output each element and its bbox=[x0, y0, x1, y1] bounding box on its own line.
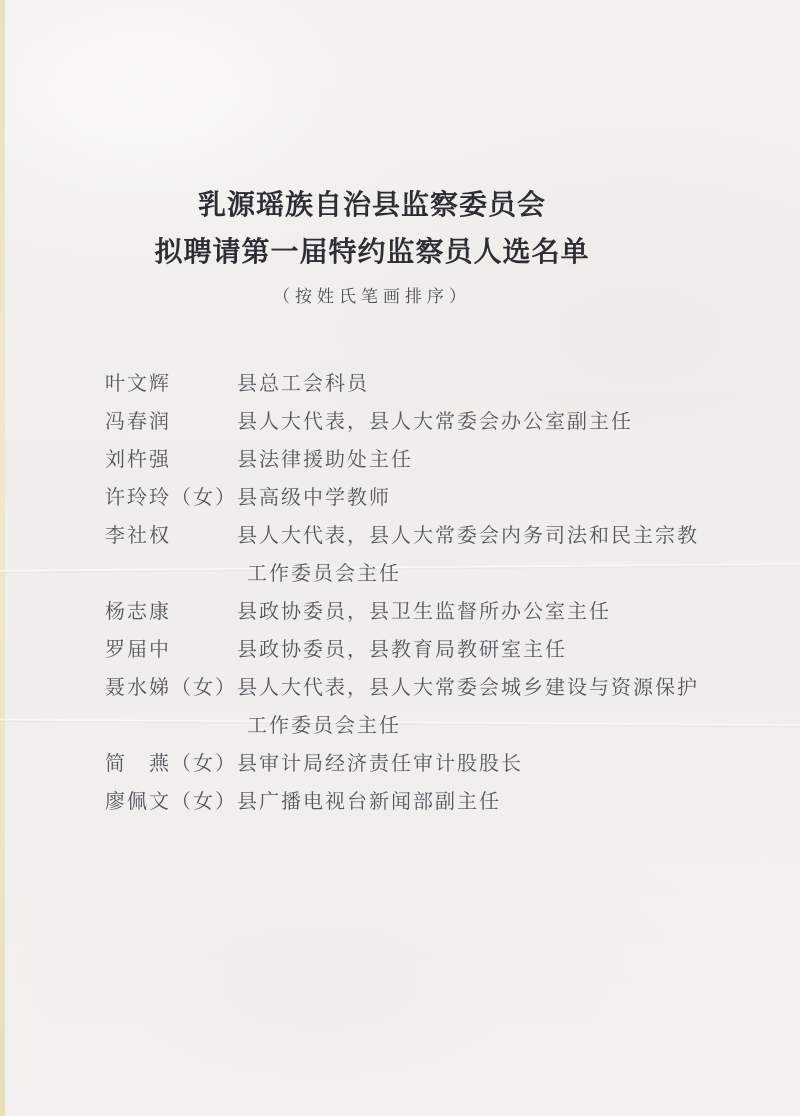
list-item: 罗届中 县政协委员，县教育局教研室主任 bbox=[105, 631, 705, 669]
person-name: 许玲玲（女） bbox=[105, 479, 237, 517]
scanned-document-page: 乳源瑶族自治县监察委员会 拟聘请第一届特约监察员人选名单 （按姓氏笔画排序） 叶… bbox=[0, 0, 800, 1116]
person-name: 简 燕（女） bbox=[105, 745, 237, 783]
document-header: 乳源瑶族自治县监察委员会 拟聘请第一届特约监察员人选名单 （按姓氏笔画排序） bbox=[0, 182, 744, 309]
list-item: 廖佩文（女） 县广播电视台新闻部副主任 bbox=[105, 783, 705, 821]
list-item: 杨志康 县政协委员，县卫生监督所办公室主任 bbox=[105, 593, 705, 631]
person-name: 聂水娣（女） bbox=[105, 669, 237, 707]
personnel-list: 叶文辉 县总工会科员 冯春润 县人大代表，县人大常委会办公室副主任 刘杵强 县法… bbox=[105, 365, 705, 821]
list-item: 李社权 县人大代表，县人大常委会内务司法和民主宗教 工作委员会主任 bbox=[105, 517, 705, 593]
person-position: 县政协委员，县卫生监督所办公室主任 bbox=[237, 593, 705, 631]
person-position-block: 县人大代表，县人大常委会办公室副主任 bbox=[237, 403, 705, 441]
list-item: 冯春润 县人大代表，县人大常委会办公室副主任 bbox=[105, 403, 705, 441]
person-position-block: 县总工会科员 bbox=[237, 365, 705, 403]
person-position-block: 县人大代表，县人大常委会内务司法和民主宗教 工作委员会主任 bbox=[237, 517, 705, 593]
person-name: 罗届中 bbox=[105, 631, 237, 669]
person-position: 县法律援助处主任 bbox=[237, 441, 705, 479]
document-content: 乳源瑶族自治县监察委员会 拟聘请第一届特约监察员人选名单 （按姓氏笔画排序） 叶… bbox=[0, 0, 800, 821]
person-name: 冯春润 bbox=[105, 403, 237, 441]
list-item: 简 燕（女） 县审计局经济责任审计股股长 bbox=[105, 745, 705, 783]
person-position: 县人大代表，县人大常委会内务司法和民主宗教 bbox=[237, 517, 705, 555]
list-item: 刘杵强 县法律援助处主任 bbox=[105, 441, 705, 479]
person-name: 刘杵强 bbox=[105, 441, 237, 479]
person-position-block: 县人大代表，县人大常委会城乡建设与资源保护 工作委员会主任 bbox=[237, 669, 705, 745]
person-position-block: 县政协委员，县教育局教研室主任 bbox=[237, 631, 705, 669]
person-position-block: 县高级中学教师 bbox=[237, 479, 705, 517]
person-name: 廖佩文（女） bbox=[105, 783, 237, 821]
person-name: 杨志康 bbox=[105, 593, 237, 631]
person-position: 县人大代表，县人大常委会城乡建设与资源保护 bbox=[237, 669, 705, 707]
person-position: 县总工会科员 bbox=[237, 365, 705, 403]
document-title-line2: 拟聘请第一届特约监察员人选名单 bbox=[0, 229, 744, 276]
document-subtitle: （按姓氏笔画排序） bbox=[0, 285, 744, 309]
person-position-continuation: 工作委员会主任 bbox=[237, 707, 705, 745]
person-name: 李社权 bbox=[105, 517, 237, 555]
person-position-block: 县审计局经济责任审计股股长 bbox=[237, 745, 705, 783]
list-item: 叶文辉 县总工会科员 bbox=[105, 365, 705, 403]
list-item: 聂水娣（女） 县人大代表，县人大常委会城乡建设与资源保护 工作委员会主任 bbox=[105, 669, 705, 745]
list-item: 许玲玲（女） 县高级中学教师 bbox=[105, 479, 705, 517]
person-position-continuation: 工作委员会主任 bbox=[237, 555, 705, 593]
document-title-line1: 乳源瑶族自治县监察委员会 bbox=[0, 182, 744, 229]
person-position-block: 县政协委员，县卫生监督所办公室主任 bbox=[237, 593, 705, 631]
person-name: 叶文辉 bbox=[105, 365, 237, 403]
person-position: 县政协委员，县教育局教研室主任 bbox=[237, 631, 705, 669]
person-position-block: 县广播电视台新闻部副主任 bbox=[237, 783, 705, 821]
person-position: 县广播电视台新闻部副主任 bbox=[237, 783, 705, 821]
person-position: 县审计局经济责任审计股股长 bbox=[237, 745, 705, 783]
person-position: 县高级中学教师 bbox=[237, 479, 705, 517]
person-position-block: 县法律援助处主任 bbox=[237, 441, 705, 479]
person-position: 县人大代表，县人大常委会办公室副主任 bbox=[237, 403, 705, 441]
